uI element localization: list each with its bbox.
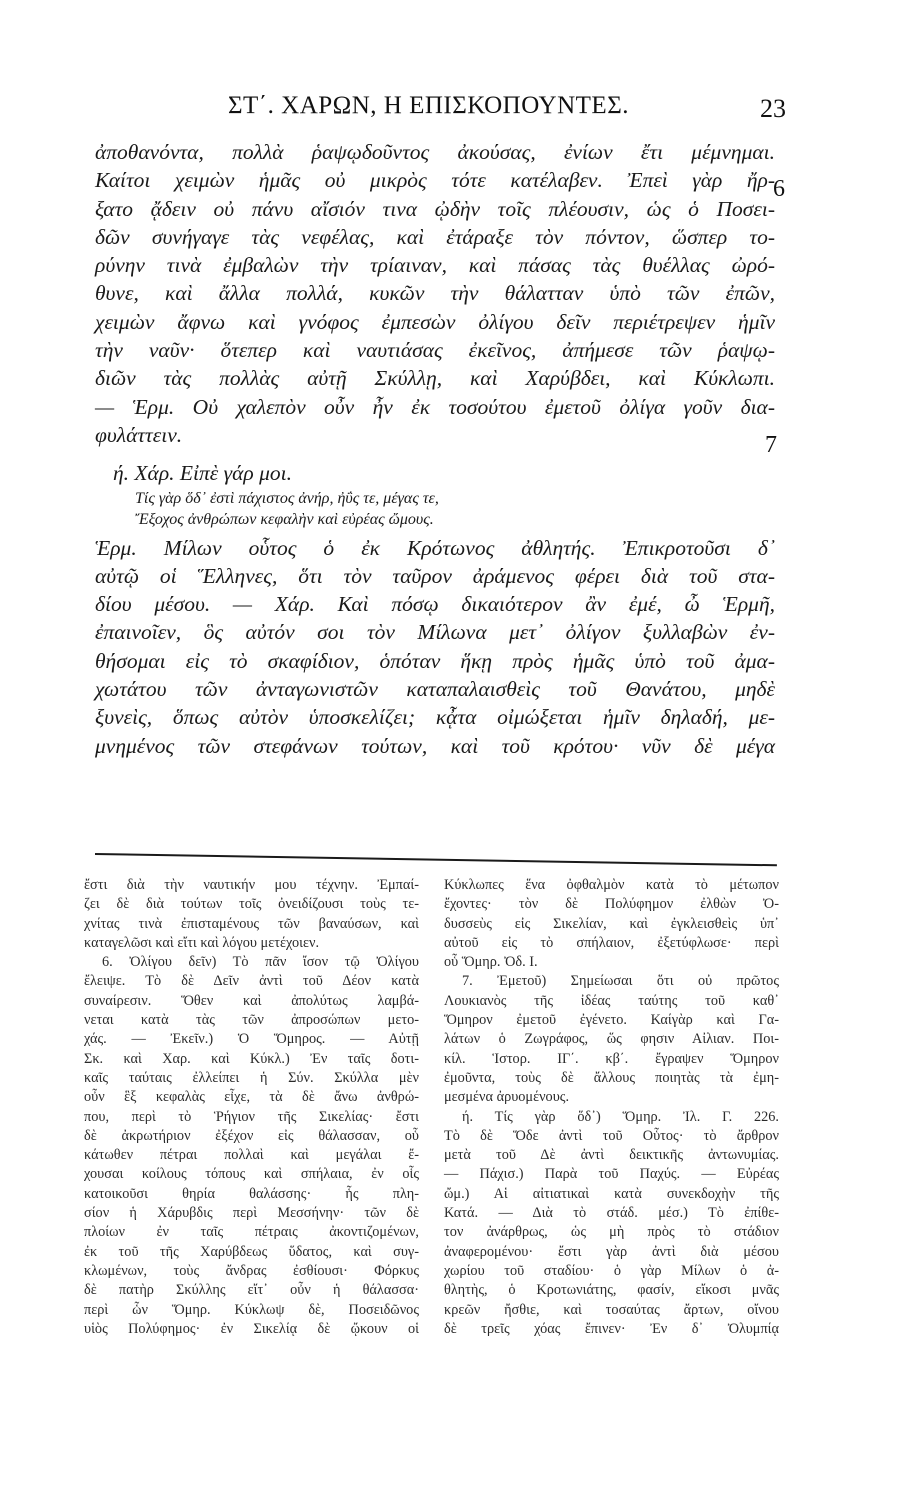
footnote-line: 6. Ὀλίγου δεῖν) Τὸ πᾶν ἴσον τῷ Ὀλίγου <box>84 953 419 972</box>
text-line: θυνε, καὶ ἄλλα πολλά, κυκῶν τὴν θάλατταν… <box>95 279 775 307</box>
footnote-line: ἐκ τοῦ τῆς Χαρύβδεως ὕδατος, καὶ συγ- <box>84 1243 419 1262</box>
footnote-line: οὗ Ὅμηρ. Ὀδ. Ι. <box>444 953 779 972</box>
text-line: χειμὼν ἄφνω καὶ γνόφος ἐμπεσὼν ὀλίγου δε… <box>95 308 775 336</box>
footnotes-left-column: ἔστι διὰ τὴν ναυτικήν μου τέχνην. Ἐμπαί-… <box>84 876 419 1339</box>
footnote-line: σίον ἡ Χάρυβδις περὶ Μεσσήνην· τῶν δὲ <box>84 1204 419 1223</box>
footnote-line: καῖς ταύταις ἐλλείπει ἡ Σύν. Σκύλλα μὲν <box>84 1069 419 1088</box>
book-page: ΣΤ΄. ΧΑΡΩΝ, Η ΕΠΙΣΚΟΠΟΥΝΤΕΣ. 23 6 7 ἀποθ… <box>0 0 905 1500</box>
verse-line: Τίς γὰρ ὅδ᾽ ἐστὶ πάχιστος ἀνήρ, ἠΰς τε, … <box>95 488 775 509</box>
footnote-line: οὖν ἓξ κεφαλὰς εἶχε, τὰ δὲ ἄνω ἀνθρώ- <box>84 1088 419 1107</box>
footnote-line: — Πάχισ.) Παρὰ τοῦ Παχύς. — Εὐρέας <box>444 1165 779 1184</box>
footnote-line: τον ἀνάρθρως, ὡς μὴ πρὸς τὸ στάδιον <box>444 1223 779 1242</box>
text-line: χωτάτου τῶν ἀνταγωνιστῶν καταπαλαισθεὶς … <box>95 675 775 703</box>
footnote-line: Τὸ δὲ Ὅδε ἀντὶ τοῦ Οὗτος· τὸ ἄρθρον <box>444 1127 779 1146</box>
footnote-line: υἱὸς Πολύφημος· ἐν Σικελίᾳ δὲ ᾤκουν οἱ <box>84 1320 419 1339</box>
footnote-line: ὤμ.) Αἱ αἰτιατικαὶ κατὰ συνεκδοχὴν τῆς <box>444 1185 779 1204</box>
text-line: φυλάττειν. <box>95 421 775 449</box>
text-line: αὐτῷ οἱ Ἕλληνες, ὅτι τὸν ταῦρον ἀράμενος… <box>95 562 775 590</box>
footnote-line: κίλ. Ἱστορ. ΙΓ΄. κβ΄. ἔγραψεν Ὅμηρον <box>444 1050 779 1069</box>
footnote-line: Λουκιανὸς τῆς ἰδέας ταύτης τοῦ καθ᾽ <box>444 992 779 1011</box>
footnote-line: κατοικοῦσι θηρία θαλάσσης· ἧς πλη- <box>84 1185 419 1204</box>
footnote-line: που, περὶ τὸ Ῥήγιον τῆς Σικελίας· ἔστι <box>84 1108 419 1127</box>
footnote-divider <box>95 853 777 866</box>
footnote-line: δὲ ἀκρωτήριον ἐξέχον εἰς θάλασσαν, οὗ <box>84 1127 419 1146</box>
text-line: Ἑρμ. Μίλων οὗτος ὁ ἐκ Κρότωνος ἀθλητής. … <box>95 534 775 562</box>
footnote-line: κάτωθεν πέτραι πολλαὶ καὶ μεγάλαι ἔ- <box>84 1146 419 1165</box>
footnote-line: μετὰ τοῦ Δὲ ἀντὶ δεικτικῆς ἀντωνυμίας. <box>444 1146 779 1165</box>
footnote-line: Σκ. καὶ Χαρ. καὶ Κύκλ.) Ἐν ταῖς δοτι- <box>84 1050 419 1069</box>
text-line: ἀποθανόντα, πολλὰ ῥαψῳδοῦντος ἀκούσας, ἐ… <box>95 138 775 166</box>
footnote-line: ἀναφερομένου· ἔστι γὰρ ἀντὶ διὰ μέσου <box>444 1243 779 1262</box>
footnote-line: ἔχοντες· τὸν δὲ Πολύφημον ἐλθὼν Ὀ- <box>444 895 779 914</box>
running-head: ΣΤ΄. ΧΑΡΩΝ, Η ΕΠΙΣΚΟΠΟΥΝΤΕΣ. <box>228 92 629 120</box>
text-line: διῶν τὰς πολλὰς αὐτῇ Σκύλλῃ, καὶ Χαρύβδε… <box>95 364 775 392</box>
text-line: ρύνην τινὰ ἐμβαλὼν τὴν τρίαιναν, καὶ πάσ… <box>95 251 775 279</box>
footnote-line: κρεῶν ἤσθιε, καὶ τοσαύτας ἄρτων, οἴνου <box>444 1301 779 1320</box>
footnote-line: λάτων ὁ Ζωγράφος, ὥς φησιν Αἰλιαν. Ποι- <box>444 1030 779 1049</box>
text-line: ξυνεὶς, ὅπως αὐτὸν ὑποσκελίζει; κᾆτα οἰμ… <box>95 703 775 731</box>
footnote-line: πλοίων ἐν ταῖς πέτραις ἀκοντιζομένων, <box>84 1223 419 1242</box>
footnote-line: 7. Ἐμετοῦ) Σημείωσαι ὅτι οὐ πρῶτος <box>444 972 779 991</box>
text-line: ἐπαινοῖεν, ὃς αὐτόν σοι τὸν Μίλωνα μετ᾽ … <box>95 618 775 646</box>
footnote-line: καταγελῶσι καὶ εἴτι καὶ λόγου μετέχοιεν. <box>84 934 419 953</box>
footnote-line: μεσμένα ἀρυομένους. <box>444 1088 779 1107</box>
footnote-line: ἔλειψε. Τὸ δὲ Δεῖν ἀντὶ τοῦ Δέον κατὰ <box>84 972 419 991</box>
spacer <box>95 449 775 459</box>
footnote-line: νεται κατὰ τὰς τῶν ἀπροσώπων μετο- <box>84 1011 419 1030</box>
footnote-line: κλωμένων, τοὺς ἄνδρας ἐσθίουσι· Φόρκυς <box>84 1262 419 1281</box>
footnote-line: ή. Τίς γὰρ ὅδ᾽) Ὅμηρ. Ἰλ. Γ. 226. <box>444 1108 779 1127</box>
text-line: θήσομαι εἰς τὸ σκαφίδιον, ὁπόταν ἥκῃ πρὸ… <box>95 647 775 675</box>
footnote-line: Κύκλωπες ἕνα ὀφθαλμὸν κατὰ τὸ μέτωπον <box>444 876 779 895</box>
footnote-line: χουσαι κοίλους τόπους καὶ σπήλαια, ἐν οἷ… <box>84 1165 419 1184</box>
footnote-line: ἐμοῦντα, τοὺς δὲ ἄλλους ποιητὰς τὰ ἐμη- <box>444 1069 779 1088</box>
footnote-line: χάς. — Ἐκεῖν.) Ὁ Ὅμηρος. — Αὐτῇ <box>84 1030 419 1049</box>
footnote-line: αὐτοῦ εἰς τὸ σπήλαιον, ἐξετύφλωσε· περὶ <box>444 934 779 953</box>
text-line: ξατο ᾄδειν οὐ πάνυ αἴσιόν τινα ᾠδὴν τοῖς… <box>95 195 775 223</box>
footnote-line: Ὅμηρον ἐμετοῦ ἐγένετο. Καίγὰρ καὶ Γα- <box>444 1011 779 1030</box>
speaker-line: ή. Χάρ. Εἰπὲ γάρ μοι. <box>95 459 775 487</box>
footnote-line: Κατά. — Διὰ τὸ στάδ. μέσ.) Τὸ ἐπίθε- <box>444 1204 779 1223</box>
footnote-line: χνίτας τινὰ ἐπισταμένους τῶν βαναύσων, κ… <box>84 915 419 934</box>
page-number: 23 <box>760 94 786 124</box>
footnote-line: χωρίου τοῦ σταδίου· ὁ γὰρ Μίλων ὁ ἀ- <box>444 1262 779 1281</box>
footnote-line: θλητὴς, ὁ Κροτωνιάτης, φασίν, εἴκοσι μνᾶ… <box>444 1281 779 1300</box>
footnotes-right-column: Κύκλωπες ἕνα ὀφθαλμὸν κατὰ τὸ μέτωπον ἔχ… <box>444 876 779 1339</box>
footnote-line: περὶ ὧν Ὅμηρ. Κύκλωψ δὲ, Ποσειδῶνος <box>84 1301 419 1320</box>
footnote-line: δὲ τρεῖς χόας ἔπινεν· Ἐν δ᾽ Ὀλυμπίᾳ <box>444 1320 779 1339</box>
text-line: δῶν συνήγαγε τὰς νεφέλας, καὶ ἐτάραξε τὸ… <box>95 223 775 251</box>
verse-line: Ἔξοχος ἀνθρώπων κεφαλὴν καὶ εὐρέας ὤμους… <box>95 509 775 530</box>
footnote-line: δὲ πατὴρ Σκύλλης εἴτ᾽ οὖν ἡ θάλασσα· <box>84 1281 419 1300</box>
footnote-line: δυσσεὺς εἰς Σικελίαν, καὶ ἐγκλεισθεὶς ὑπ… <box>444 915 779 934</box>
text-line: — Ἑρμ. Οὐ χαλεπὸν οὖν ἦν ἐκ τοσούτου ἐμε… <box>95 393 775 421</box>
main-text-block: ἀποθανόντα, πολλὰ ῥαψῳδοῦντος ἀκούσας, ἐ… <box>95 138 775 760</box>
footnote-line: συναίρεσιν. Ὅθεν καὶ ἀπολύτως λαμβά- <box>84 992 419 1011</box>
text-line: δίου μέσου. — Χάρ. Καὶ πόσῳ δικαιότερον … <box>95 590 775 618</box>
footnote-line: ζει δὲ διὰ τούτων τοῖς ὀνειδίζουσι τοὺς … <box>84 895 419 914</box>
footnote-line: ἔστι διὰ τὴν ναυτικήν μου τέχνην. Ἐμπαί- <box>84 876 419 895</box>
text-line: Καίτοι χειμὼν ἡμᾶς οὐ μικρὸς τότε κατέλα… <box>95 166 775 194</box>
text-line: τὴν ναῦν· ὅτεπερ καὶ ναυτιάσας ἐκεῖνος, … <box>95 336 775 364</box>
text-line: μνημένος τῶν στεφάνων τούτων, καὶ τοῦ κρ… <box>95 732 775 760</box>
